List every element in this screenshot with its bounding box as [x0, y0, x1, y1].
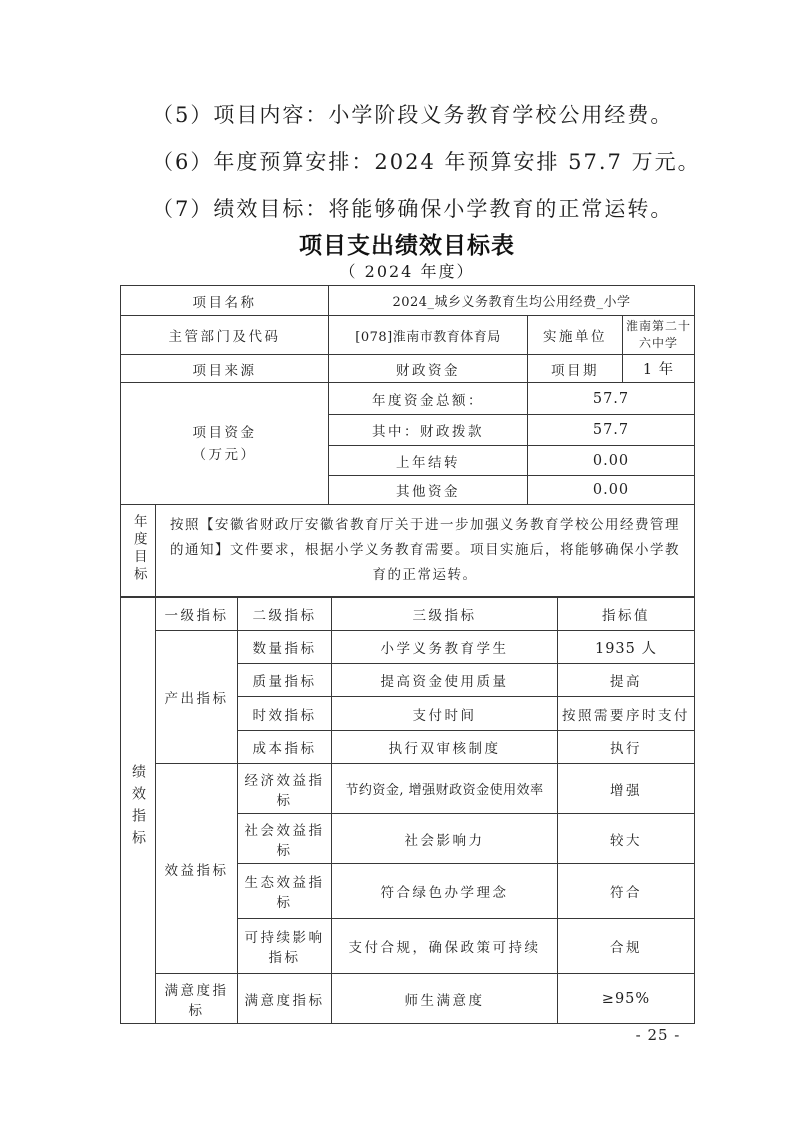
l2-cell: 时效指标	[238, 697, 332, 731]
annual-goal-table: 年度目标 按照【安徽省财政厅安徽省教育厅关于进一步加强义务教育学校公用经费管理的…	[120, 504, 695, 598]
annual-goal-label-cell: 年度目标	[121, 504, 156, 597]
group-benefit-label: 效益指标	[156, 764, 238, 974]
table-row: 年度目标 按照【安徽省财政厅安徽省教育厅关于进一步加强义务教育学校公用经费管理的…	[121, 504, 695, 597]
indicators-label-cell: 绩效指标	[121, 597, 156, 1024]
funds-total-value: 57.7	[528, 383, 695, 415]
value-cell: 较大	[558, 814, 695, 864]
page-content: （5）项目内容：小学阶段义务教育学校公用经费。 （6）年度预算安排：2024 年…	[120, 92, 694, 1024]
value-cell: 按照需要序时支付	[558, 697, 695, 731]
indicators-label: 绩效指标	[131, 764, 145, 852]
funds-total-label: 年度资金总额：	[329, 383, 528, 415]
value-cell: 增强	[558, 764, 695, 814]
impl-unit-value: 淮南第二十六中学	[623, 316, 695, 355]
l2-cell: 生态效益指标	[238, 864, 332, 919]
funds-carryover-value: 0.00	[528, 446, 695, 476]
value-cell: 符合	[558, 864, 695, 919]
paragraph-annual-budget: （6）年度预算安排：2024 年预算安排 57.7 万元。	[120, 139, 694, 186]
page-subtitle: （ 2024 年度）	[120, 261, 694, 283]
indicator-row: 满意度指标 满意度指标 师生满意度 ≥95%	[121, 974, 695, 1024]
funds-fiscal-value: 57.7	[528, 415, 695, 446]
indicators-table: 绩效指标 一级指标 二级指标 三级指标 指标值 产出指标 数量指标 小学义务教育…	[120, 596, 695, 1024]
impl-unit-label: 实施单位	[528, 316, 623, 355]
l2-cell: 经济效益指标	[238, 764, 332, 814]
l2-cell: 可持续影响指标	[238, 919, 332, 974]
project-info-table: 项目名称 2024_城乡义务教育生均公用经费_小学 主管部门及代码 [078]淮…	[120, 285, 695, 505]
funds-other-label: 其他资金	[329, 476, 528, 505]
paragraph-performance-goal: （7）绩效目标：将能够确保小学教育的正常运转。	[120, 186, 694, 233]
l3-cell: 师生满意度	[332, 974, 558, 1024]
l2-cell: 满意度指标	[238, 974, 332, 1024]
l2-cell: 数量指标	[238, 631, 332, 664]
table-row: 项目来源 财政资金 项目期 1 年	[121, 355, 695, 383]
header-level3: 三级指标	[332, 597, 558, 631]
funds-fiscal-label: 其中：财政拨款	[329, 415, 528, 446]
value-cell: 执行	[558, 731, 695, 764]
funds-label-cell: 项目资金 （万元）	[121, 383, 329, 505]
group-output-label: 产出指标	[156, 631, 238, 764]
funds-unit: （万元）	[124, 444, 325, 466]
l3-cell: 支付时间	[332, 697, 558, 731]
header-level1: 一级指标	[156, 597, 238, 631]
period-value: 1 年	[623, 355, 695, 383]
indicator-row: 效益指标 经济效益指标 节约资金, 增强财政资金使用效率 增强	[121, 764, 695, 814]
dept-label: 主管部门及代码	[121, 316, 329, 355]
source-label: 项目来源	[121, 355, 329, 383]
l3-cell: 社会影响力	[332, 814, 558, 864]
l3-cell: 提高资金使用质量	[332, 664, 558, 697]
value-cell: 合规	[558, 919, 695, 974]
table-row: 项目资金 （万元） 年度资金总额： 57.7	[121, 383, 695, 415]
page-title: 项目支出绩效目标表	[120, 231, 694, 261]
value-cell: 提高	[558, 664, 695, 697]
value-cell: ≥95%	[558, 974, 695, 1024]
table-row: 主管部门及代码 [078]淮南市教育体育局 实施单位 淮南第二十六中学	[121, 316, 695, 355]
l3-cell: 支付合规，确保政策可持续	[332, 919, 558, 974]
document-page: （5）项目内容：小学阶段义务教育学校公用经费。 （6）年度预算安排：2024 年…	[0, 0, 793, 1122]
project-name-value: 2024_城乡义务教育生均公用经费_小学	[329, 286, 695, 316]
indicator-row: 产出指标 数量指标 小学义务教育学生 1935 人	[121, 631, 695, 664]
l3-cell: 符合绿色办学理念	[332, 864, 558, 919]
indicators-header-row: 绩效指标 一级指标 二级指标 三级指标 指标值	[121, 597, 695, 631]
l3-cell: 执行双审核制度	[332, 731, 558, 764]
project-name-label: 项目名称	[121, 286, 329, 316]
funds-carryover-label: 上年结转	[329, 446, 528, 476]
group-satisfaction-label: 满意度指标	[156, 974, 238, 1024]
paragraph-project-content: （5）项目内容：小学阶段义务教育学校公用经费。	[120, 92, 694, 139]
annual-goal-text: 按照【安徽省财政厅安徽省教育厅关于进一步加强义务教育学校公用经费管理的通知】文件…	[156, 504, 695, 597]
value-cell: 1935 人	[558, 631, 695, 664]
header-value: 指标值	[558, 597, 695, 631]
l3-cell: 小学义务教育学生	[332, 631, 558, 664]
funds-label: 项目资金	[124, 422, 325, 444]
header-level2: 二级指标	[238, 597, 332, 631]
table-row: 项目名称 2024_城乡义务教育生均公用经费_小学	[121, 286, 695, 316]
l3-cell: 节约资金, 增强财政资金使用效率	[332, 764, 558, 814]
l2-cell: 成本指标	[238, 731, 332, 764]
page-number: - 25 -	[618, 1026, 698, 1044]
l2-cell: 社会效益指标	[238, 814, 332, 864]
source-value: 财政资金	[329, 355, 528, 383]
dept-value: [078]淮南市教育体育局	[329, 316, 528, 355]
annual-goal-label: 年度目标	[131, 514, 145, 584]
funds-other-value: 0.00	[528, 476, 695, 505]
period-label: 项目期	[528, 355, 623, 383]
l2-cell: 质量指标	[238, 664, 332, 697]
